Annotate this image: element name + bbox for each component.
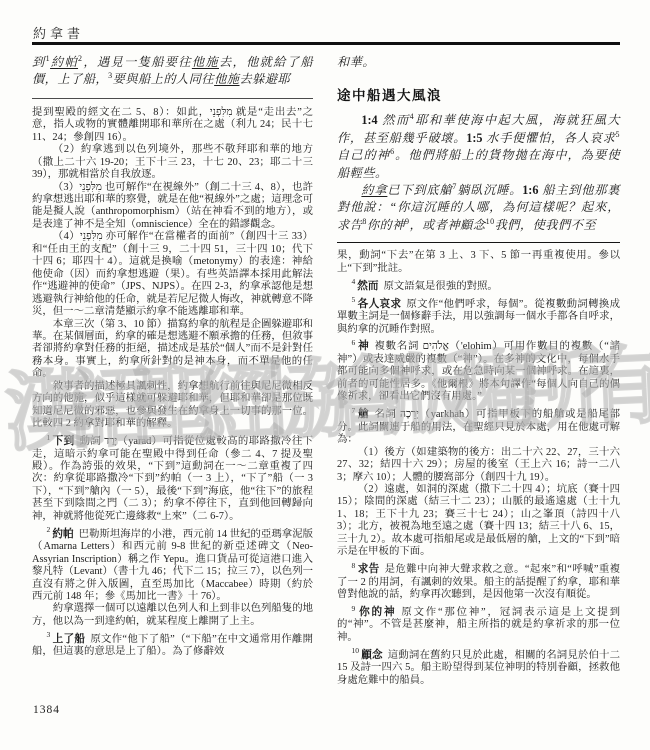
footnote-number: 9 [352, 604, 356, 613]
footnote-number: 7 [352, 406, 356, 415]
scripture-commentary-divider [337, 242, 620, 243]
scripture-text-left: 到1約帕2，遇見一隻船要往他施去，他就給了船價，上了船，3要與船上的人同往他施去… [32, 54, 313, 89]
scripture-verse-4-5: 1:4 然而4耶和華使海中起大風，海就狂風大作，甚至船幾乎破壞。1:5 水手便懼… [337, 112, 620, 182]
text-segment: 我們，使我們不至 [495, 218, 597, 232]
footnote-5: 5各人哀求原文作“他們呼求，每個”。從複數動詞轉換成單數主詞是一個修辭手法，用以… [337, 298, 620, 336]
footnote-9: 9你的神原文作“那位神”，冠詞表示這是上文提到的“神”。不管是甚麼神，船主所指的… [337, 606, 620, 644]
footnote-1: 1下到動詞 יָרַד（yarad）可指從位處較高的耶路撒冷往下走，這暗示約拿可… [32, 435, 313, 523]
footnote-number: 3 [47, 630, 51, 639]
footnote-text: （2）遠處，如洞的深處（撒下二十四 4）；坑底（賽十四 15）；陰間的深處（結三… [337, 484, 620, 559]
study-bible-page: 約拿書 漢語聖經協會版權所有 到1約帕2，遇見一隻船要往他施去，他就給了船價，上… [0, 0, 650, 750]
footnote-number: 4 [352, 277, 356, 286]
footnote-number: 2 [47, 525, 51, 534]
footnote-text: 複數名詞 אֱלֹהִים（'elohim）可用作數目的複數（“諸神”）或表達威… [337, 341, 620, 402]
right-column: 和華。 途中船遇大風浪 1:4 然而4耶和華使海中起大風，海就狂風大作，甚至船幾… [337, 54, 620, 687]
footnote-term: 你的神 [357, 606, 396, 618]
commentary-paragraph: （2）約拿逃到以色列境外，那些不敬拜耶和華的地方（撒上二十六 19-20；王下十… [32, 144, 313, 181]
footnote-term: 然而 [357, 280, 378, 292]
footnote-number: 6 [352, 338, 356, 347]
text-segment: ，或者神顧念 [409, 218, 485, 232]
text-segment: 然而 [378, 113, 410, 127]
footnote-text: （1）後方（如建築物的後方：出二十六 22、27，三十六 27、32；結四十六 … [337, 447, 620, 484]
footnote-term: 上了船 [52, 633, 85, 645]
text-segment: 自己的神 [337, 148, 390, 162]
text-segment: 1:4 [361, 113, 377, 127]
footnote-text: 動詞 יָרַד（yarad）可指從位處較高的耶路撒冷往下走，這暗示約拿可能在聖… [32, 436, 313, 522]
footnote-carryover: 果，動詞“下去”在第 3 上、3 下、5 節一再重複使用。參以上“下到”批註。 [337, 250, 620, 275]
text-segment: 去躲避耶 [240, 72, 291, 86]
footnote-term: 顧念 [361, 649, 383, 661]
footnote-number: 8 [352, 561, 356, 570]
commentary-left: 提到聖殿的經文在二 5、8）：如此，מִלִּפְנֵי 就是“走出去”之意，指… [32, 107, 313, 659]
commentary-paragraph: （4）מִלִּפְנֵי 亦可解作“在當權者的面前”（創四十三 33）和“任由… [32, 231, 313, 318]
footnote-term: 下到 [52, 435, 74, 447]
page-number: 1384 [33, 704, 60, 716]
text-segment: 要與船上的人同往 [113, 72, 215, 86]
footnote-term: 神 [357, 340, 369, 352]
footnote-term: 求告 [357, 563, 379, 575]
footnote-2: 2約帕巴勒斯坦海岸的小港，西元前 14 世紀的亞瑪拿泥版（Amarna Lett… [32, 528, 313, 629]
text-segment: 已下到底艙 [387, 183, 452, 197]
footnote-8: 8求告是危難中向神大聲求救之意。“起來”和“呼喊”重複了一 2 的用詞，有諷刺的… [337, 563, 620, 601]
text-segment: 你的神 [367, 218, 405, 232]
footnote-10: 10顧念這動詞在舊約只見於此處，相關的名詞見於伯十二 15 及詩一四六 5。船主… [337, 649, 620, 687]
footnote-text: 原文語氣是很強的對照。 [383, 281, 497, 292]
section-heading: 途中船遇大風浪 [337, 84, 620, 104]
text-segment: 1:6 [522, 183, 538, 197]
footnote-term: 各人哀求 [357, 298, 401, 310]
proper-noun: 約拿 [361, 183, 387, 197]
footnote-4: 4然而原文語氣是很強的對照。 [337, 280, 620, 293]
proper-noun: 約帕 [50, 55, 78, 69]
footnote-6: 6神複數名詞 אֱלֹהִים（'elohim）可用作數目的複數（“諸神”）或表… [337, 340, 620, 403]
proper-noun: 他施 [214, 72, 239, 86]
footnote-marker: 10 [486, 217, 495, 226]
footnote-term: 約帕 [52, 528, 73, 540]
footnote-3: 3上了船原文作“他下了船”（“下船”在中文通常用作離開船，但這裏的意思是上了船）… [32, 633, 313, 659]
commentary-paragraph: （3）מִלִּפְנֵי 也可解作“在視線外”（創二十三 4、8），也許約拿想… [32, 182, 313, 232]
left-column: 到1約帕2，遇見一隻船要往他施去，他就給了船價，上了船，3要與船上的人同往他施去… [32, 54, 313, 659]
scripture-commentary-divider [32, 98, 313, 99]
footnote-number: 5 [352, 295, 356, 304]
commentary-right: 果，動詞“下去”在第 3 上、3 下、5 節一再重複使用。參以上“下到”批註。 … [337, 250, 620, 687]
scripture-verse-5b-6: 約拿已下到底艙7躺臥沉睡。1:6 船主到他那裏對他說：“你這沉睡的人哪，為何這樣… [337, 182, 620, 234]
footnote-text: 巴勒斯坦海岸的小港，西元前 14 世紀的亞瑪拿泥版（Amarna Letters… [32, 529, 313, 602]
footnote-7: 7艙名詞 יְרֵכָה（yarkhah）可指甲板下的船艙或是船尾部分。此詞關連… [337, 408, 620, 558]
footnote-number: 10 [352, 646, 360, 655]
commentary-paragraph: 提到聖殿的經文在二 5、8）：如此，מִלִּפְנֵי 就是“走出去”之意，指… [32, 107, 313, 144]
commentary-paragraph: 敘事者的描述極具諷刺性，約拿想航行前往與尼尼微相反方向的他施，似乎這樣就可躲避耶… [32, 381, 313, 431]
text-segment: 躺臥沉睡。 [457, 183, 522, 197]
proper-noun: 他施 [192, 55, 219, 69]
text-segment: 和華。 [337, 55, 375, 69]
scripture-text-carryover: 和華。 [337, 54, 620, 71]
text-segment: 1:5 [466, 131, 482, 145]
text-segment: ，遇見一隻船要往 [83, 55, 192, 69]
footnote-term: 艙 [357, 408, 369, 420]
footnote-number: 1 [47, 433, 51, 442]
footnote-text: 約拿選擇一個可以遠離以色列人和上到非以色列船隻的地方，他以為一到達約帕，就某程度… [32, 603, 313, 628]
book-header: 約拿書 [33, 23, 84, 42]
text-segment: 水手便懼怕，各人哀求 [482, 131, 615, 145]
header-rule [32, 42, 620, 45]
commentary-paragraph: 本章三次（第 3、10 節）描寫約拿的航程是企圖躲避耶和華。在某個層面，約拿的確… [32, 319, 313, 381]
text-segment: 到 [32, 55, 46, 69]
footnote-marker: 5 [616, 130, 621, 139]
footnote-text: 名詞 יְרֵכָה（yarkhah）可指甲板下的船艙或是船尾部分。此詞關連于船… [337, 409, 620, 445]
